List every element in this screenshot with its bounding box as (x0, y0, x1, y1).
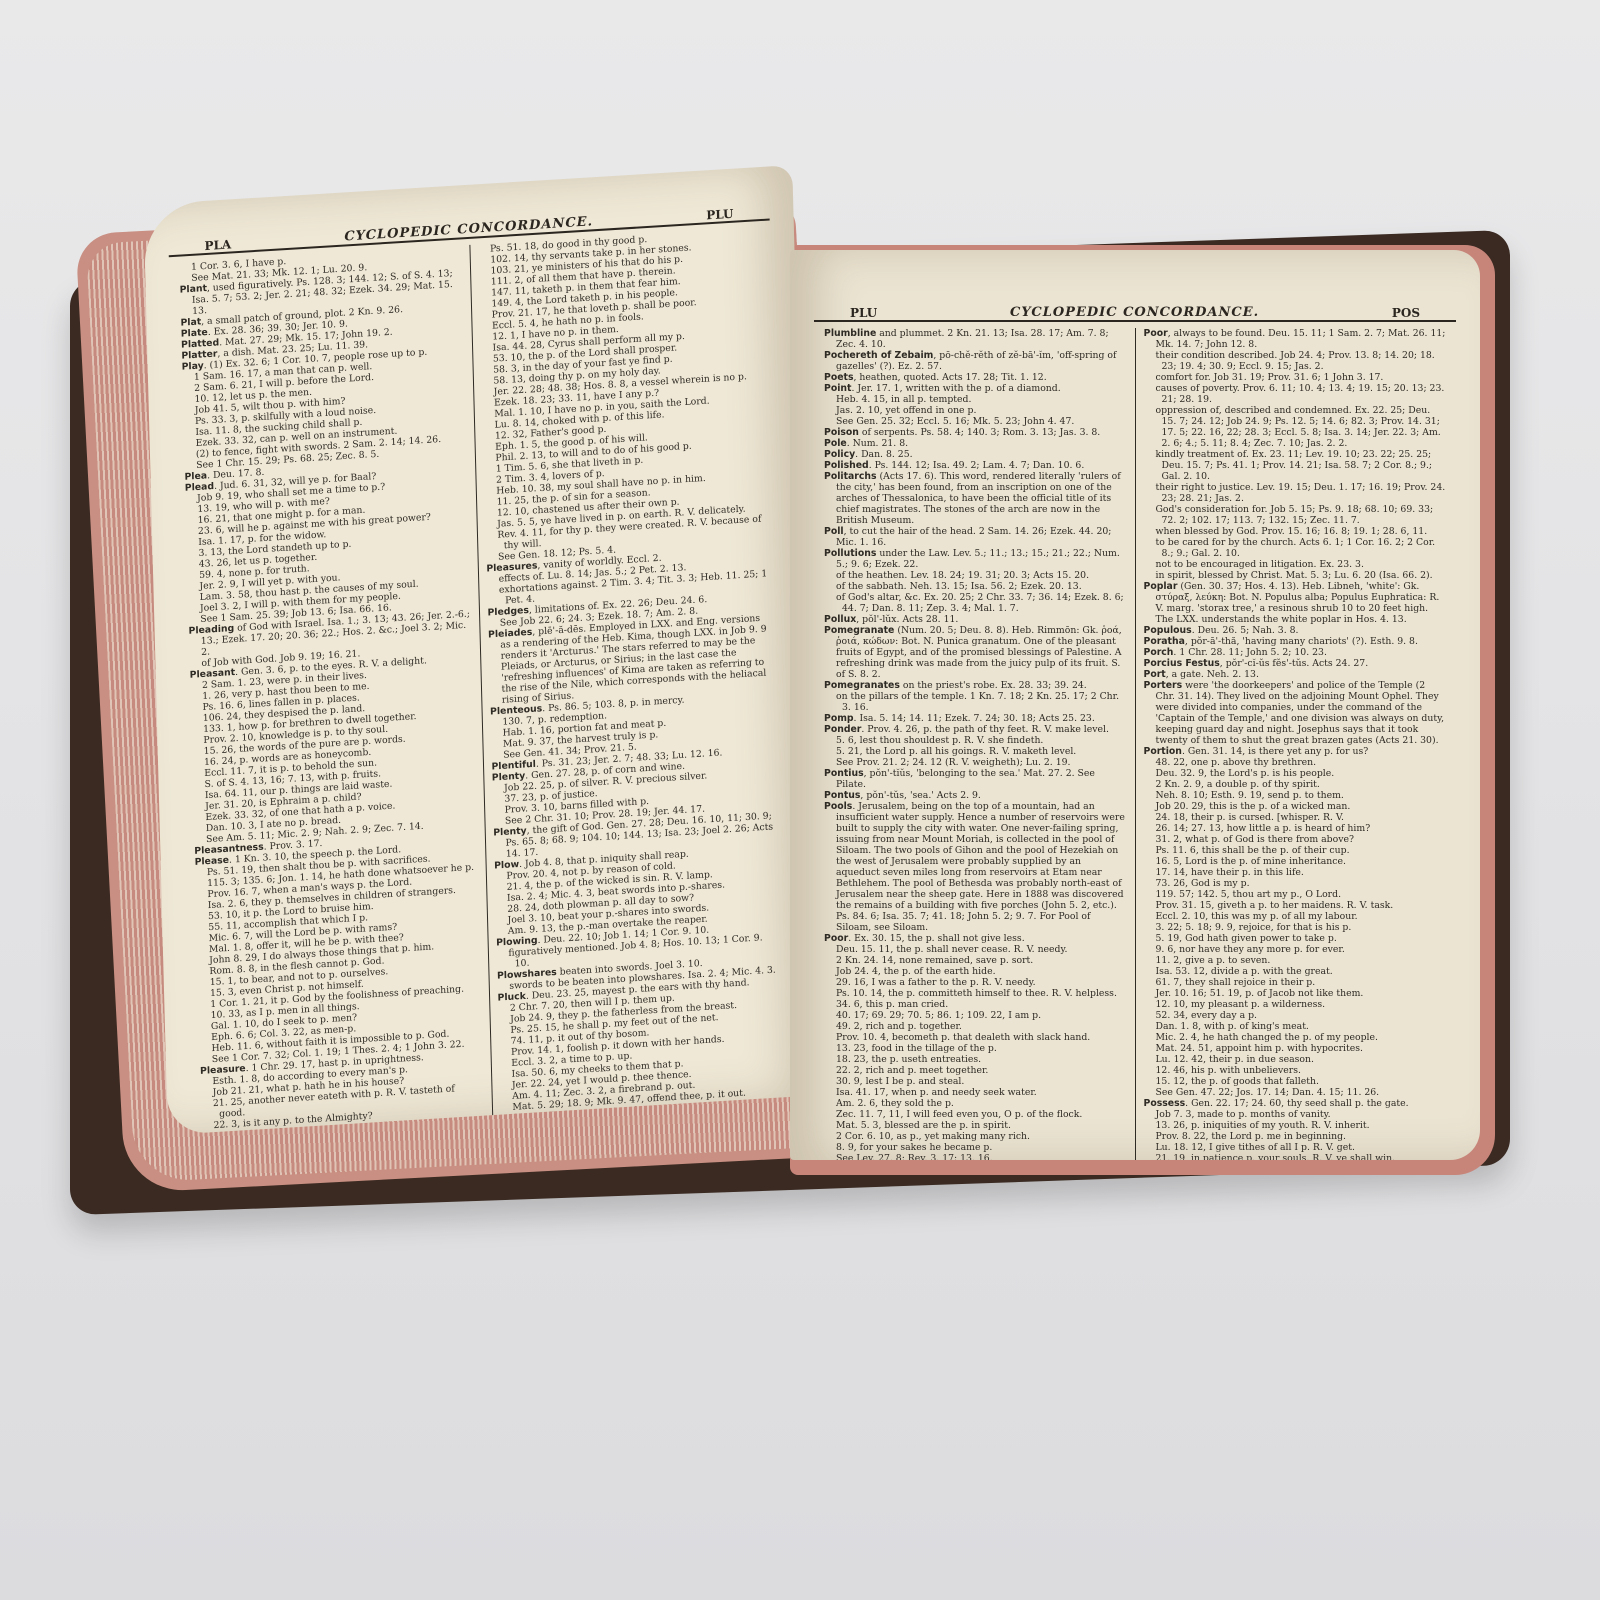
concordance-reference: 8. 9, for your sakes he became p. (824, 1142, 1127, 1153)
concordance-reference: 2 Kn. 2. 9, a double p. of thy spirit. (1144, 779, 1447, 790)
entry-headword: Porch (1144, 647, 1174, 658)
concordance-reference: 5. 6, lest thou shouldest p. R. V. she f… (824, 735, 1127, 746)
concordance-reference: 2 Cor. 6. 10, as p., yet making many ric… (824, 1131, 1127, 1142)
concordance-entry: Port, a gate. Neh. 2. 13. (1144, 669, 1447, 680)
entry-text: (Gen. 30. 37; Hos. 4. 13). Heb. Libneh, … (1156, 581, 1440, 625)
concordance-reference: 13. 23, food in the tillage of the p. (824, 1043, 1127, 1054)
concordance-entry: Pontius, pŏn'-tĭŭs, 'belonging to the se… (824, 768, 1127, 790)
left-page-column-2: Ps. 51. 18, do good in thy good p.102. 1… (469, 227, 792, 1135)
concordance-reference: causes of poverty. Prov. 6. 11; 10. 4; 1… (1144, 383, 1447, 405)
concordance-reference: 2 Kn. 24. 14, none remained, save p. sor… (824, 955, 1127, 966)
concordance-reference: Mat. 5. 3, blessed are the p. in spirit. (824, 1120, 1127, 1131)
entry-text: , always to be found. Deu. 15. 11; 1 Sam… (1156, 328, 1446, 350)
concordance-reference: Prov. 31. 15, giveth a p. to her maidens… (1144, 900, 1447, 911)
entry-headword: Pools (824, 801, 852, 812)
left-page-column-1: 1 Cor. 3. 6, I have p.See Mat. 21. 33; M… (171, 245, 493, 1135)
concordance-entry: Porch. 1 Chr. 28. 11; John 5. 2; 10. 23. (1144, 647, 1447, 658)
concordance-entry: Pole. Num. 21. 8. (824, 438, 1127, 449)
concordance-reference: their right to justice. Lev. 19. 15; Deu… (1144, 482, 1447, 504)
entry-headword: Pomegranate (824, 625, 894, 636)
concordance-reference: 34. 6, this p. man cried. (824, 999, 1127, 1010)
concordance-entry: Poor, always to be found. Deu. 15. 11; 1… (1144, 328, 1447, 350)
entry-headword: Pole (824, 438, 847, 449)
entry-headword: Porters (1144, 680, 1183, 691)
concordance-reference: Eccl. 2. 10, this was my p. of all my la… (1144, 911, 1447, 922)
entry-text: , pŏr'-cĭ-ŭs fĕs'-tŭs. Acts 24. 27. (1220, 658, 1368, 669)
concordance-reference: oppression of, described and condemned. … (1144, 405, 1447, 449)
concordance-entry: Populous. Deu. 26. 5; Nah. 3. 8. (1144, 625, 1447, 636)
concordance-reference: Am. 2. 6, they sold the p. (824, 1098, 1127, 1109)
entry-text: . Jerusalem, being on the top of a mount… (836, 801, 1125, 933)
entry-text: . Gen. 31. 14, is there yet any p. for u… (1182, 746, 1368, 757)
concordance-reference: Ps. 10. 14, the p. committeth himself to… (824, 988, 1127, 999)
concordance-reference: Jas. 2. 10, yet offend in one p. (824, 405, 1127, 416)
concordance-entry: Policy. Dan. 8. 25. (824, 449, 1127, 460)
concordance-entry: Polished. Ps. 144. 12; Isa. 49. 2; Lam. … (824, 460, 1127, 471)
entry-text: on the priest's robe. Ex. 28. 33; 39. 24… (900, 680, 1087, 691)
entry-headword: Pomp (824, 713, 854, 724)
concordance-entry: Pontus, pŏn'-tŭs, 'sea.' Acts 2. 9. (824, 790, 1127, 801)
entry-headword: Populous (1144, 625, 1192, 636)
entry-text: , pŏr-ā'-thă, 'having many chariots' (?)… (1185, 636, 1418, 647)
concordance-reference: Neh. 8. 10; Esth. 9. 19, send p. to them… (1144, 790, 1447, 801)
concordance-reference: 49. 2, rich and p. together. (824, 1021, 1127, 1032)
entry-headword: Pomegranates (824, 680, 900, 691)
concordance-reference: 29. 16, I was a father to the p. R. V. n… (824, 977, 1127, 988)
concordance-entry: Portion. Gen. 31. 14, is there yet any p… (1144, 746, 1447, 757)
entry-headword: Polished (824, 460, 869, 471)
concordance-reference: Prov. 10. 4, becometh p. that dealeth wi… (824, 1032, 1127, 1043)
right-guide-word-start: PLU (850, 306, 877, 320)
concordance-reference: Zec. 11. 7, 11, I will feed even you, O … (824, 1109, 1127, 1120)
concordance-entry: Porcius Festus, pŏr'-cĭ-ŭs fĕs'-tŭs. Act… (1144, 658, 1447, 669)
concordance-reference: in spirit, blessed by Christ. Mat. 5. 3;… (1144, 570, 1447, 581)
concordance-reference: when blessed by God. Prov. 15. 16; 16. 8… (1144, 526, 1447, 537)
entry-text: . Isa. 5. 14; 14. 11; Ezek. 7. 24; 30. 1… (854, 713, 1095, 724)
concordance-reference: 40. 17; 69. 29; 70. 5; 86. 1; 109. 22, I… (824, 1010, 1127, 1021)
entry-headword: Port (1144, 669, 1166, 680)
concordance-entry: Ponder. Prov. 4. 26, p. the path of thy … (824, 724, 1127, 735)
concordance-reference: Heb. 4. 15, in all p. tempted. (824, 394, 1127, 405)
concordance-reference: 17. 14, have their p. in this life. (1144, 867, 1447, 878)
concordance-entry: Poor. Ex. 30. 15, the p. shall not give … (824, 933, 1127, 944)
entry-headword: Poll (824, 526, 844, 537)
concordance-reference: Lu. 12. 42, their p. in due season. (1144, 1054, 1447, 1065)
entry-text: and plummet. 2 Kn. 21. 13; Isa. 28. 17; … (836, 328, 1109, 350)
concordance-entry: Pollux, pŏl'-lŭx. Acts 28. 11. (824, 614, 1127, 625)
concordance-reference: 31. 2, what p. of God is there from abov… (1144, 834, 1447, 845)
entry-text: of serpents. Ps. 58. 4; 140. 3; Rom. 3. … (859, 427, 1100, 438)
concordance-reference: 48. 22, one p. above thy brethren. (1144, 757, 1447, 768)
concordance-reference: 15. 12, the p. of goods that falleth. (1144, 1076, 1447, 1087)
entry-text: , pŏn'-tŭs, 'sea.' Acts 2. 9. (860, 790, 980, 801)
entry-headword: Plumbline (824, 328, 876, 339)
right-page-title: CYCLOPEDIC CONCORDANCE. (1010, 305, 1259, 320)
entry-headword: Pontus (824, 790, 860, 801)
entry-text: . Ps. 144. 12; Isa. 49. 2; Lam. 4. 7; Da… (869, 460, 1085, 471)
entry-headword: Policy (824, 449, 855, 460)
concordance-reference: Lu. 18. 12, I give tithes of all I p. R.… (1144, 1142, 1447, 1153)
concordance-reference: 26. 14; 27. 13, how little a p. is heard… (1144, 823, 1447, 834)
concordance-reference: 24. 18, their p. is cursed. [whisper. R.… (1144, 812, 1447, 823)
concordance-entry: Poll, to cut the hair of the head. 2 Sam… (824, 526, 1127, 548)
entry-headword: Poplar (1144, 581, 1178, 592)
concordance-reference: 52. 34, every day a p. (1144, 1010, 1447, 1021)
concordance-reference: to be cared for by the church. Acts 6. 1… (1144, 537, 1447, 559)
entry-text: , to cut the hair of the head. 2 Sam. 14… (836, 526, 1111, 548)
concordance-reference: Job 20. 29, this is the p. of a wicked m… (1144, 801, 1447, 812)
entry-text: , a gate. Neh. 2. 13. (1166, 669, 1259, 680)
concordance-reference: Job 24. 4, the p. of the earth hide. (824, 966, 1127, 977)
concordance-reference: 13. 26, p. iniquities of my youth. R. V.… (1144, 1120, 1447, 1131)
entry-headword: Possess (1144, 1098, 1186, 1109)
entry-text: . Num. 21. 8. (847, 438, 908, 449)
entry-headword: Politarchs (824, 471, 877, 482)
concordance-entry: Plumbline and plummet. 2 Kn. 21. 13; Isa… (824, 328, 1127, 350)
concordance-reference: not to be encouraged in litigation. Ex. … (1144, 559, 1447, 570)
concordance-reference: Prov. 8. 22, the Lord p. me in beginning… (1144, 1131, 1447, 1142)
concordance-reference: See Gen. 47. 22; Jos. 17. 14; Dan. 4. 15… (1144, 1087, 1447, 1098)
concordance-reference: of the heathen. Lev. 18. 24; 19. 31; 20.… (824, 570, 1127, 581)
left-guide-word-start: PLA (204, 237, 231, 253)
concordance-entry: Pools. Jerusalem, being on the top of a … (824, 801, 1127, 933)
concordance-entry: Pollutions under the Law. Lev. 5.; 11.; … (824, 548, 1127, 570)
entry-headword: Point (824, 383, 851, 394)
concordance-entry: Poets, heathen, quoted. Acts 17. 28; Tit… (824, 372, 1127, 383)
entry-text: under the Law. Lev. 5.; 11.; 13.; 15.; 2… (836, 548, 1120, 570)
entry-headword: Poor (1144, 328, 1168, 339)
left-page: PLA CYCLOPEDIC CONCORDANCE. PLU 1 Cor. 3… (143, 165, 816, 1135)
entry-headword: Poets (824, 372, 853, 383)
left-guide-word-end: PLU (706, 207, 734, 223)
concordance-reference: Dan. 1. 8, with p. of king's meat. (1144, 1021, 1447, 1032)
concordance-entry: Pomp. Isa. 5. 14; 14. 11; Ezek. 7. 24; 3… (824, 713, 1127, 724)
entry-text: , heathen, quoted. Acts 17. 28; Tit. 1. … (853, 372, 1046, 383)
right-page-column-2: Poor, always to be found. Deu. 15. 11; 1… (1135, 328, 1455, 1160)
concordance-entry: Poison of serpents. Ps. 58. 4; 140. 3; R… (824, 427, 1127, 438)
entry-headword: Poor (824, 933, 848, 944)
right-page-column-1: Plumbline and plummet. 2 Kn. 21. 13; Isa… (816, 328, 1135, 1160)
entry-text: . Dan. 8. 25. (855, 449, 912, 460)
entry-text: . Deu. 26. 5; Nah. 3. 8. (1192, 625, 1299, 636)
concordance-reference: 73. 26, God is my p. (1144, 878, 1447, 889)
concordance-reference: 30. 9, lest I be p. and steal. (824, 1076, 1127, 1087)
concordance-entry: Point. Jer. 17. 1, written with the p. o… (824, 383, 1127, 394)
concordance-reference: Mic. 2. 4, he hath changed the p. of my … (1144, 1032, 1447, 1043)
concordance-reference: kindly treatment of. Ex. 23. 11; Lev. 19… (1144, 449, 1447, 482)
concordance-reference: See Gen. 25. 32; Eccl. 5. 16; Mk. 5. 23;… (824, 416, 1127, 427)
entry-headword: Pollutions (824, 548, 876, 559)
concordance-reference: their condition described. Job 24. 4; Pr… (1144, 350, 1447, 372)
concordance-reference: God's consideration for. Job 5. 15; Ps. … (1144, 504, 1447, 526)
entry-text: were 'the doorkeepers' and police of the… (1156, 680, 1445, 746)
concordance-reference: 3. 22; 5. 18; 9. 9, rejoice, for that is… (1144, 922, 1447, 933)
concordance-entry: Pomegranate (Num. 20. 5; Deu. 8. 8). Heb… (824, 625, 1127, 680)
concordance-entry: Poplar (Gen. 30. 37; Hos. 4. 13). Heb. L… (1144, 581, 1447, 625)
concordance-reference: 61. 7, they shall rejoice in their p. (1144, 977, 1447, 988)
concordance-entry: Porters were 'the doorkeepers' and polic… (1144, 680, 1447, 746)
concordance-reference: on the pillars of the temple. 1 Kn. 7. 1… (824, 691, 1127, 713)
concordance-reference: See Lev. 27. 8; Rev. 3. 17; 13. 16. (824, 1153, 1127, 1160)
concordance-entry: Pochereth of Zebaim, pō-chĕ-rĕth of zĕ-b… (824, 350, 1127, 372)
right-guide-word-end: POS (1392, 306, 1420, 320)
entry-text: . Ex. 30. 15, the p. shall not give less… (848, 933, 1024, 944)
concordance-entry: Pomegranates on the priest's robe. Ex. 2… (824, 680, 1127, 691)
entry-headword: Porcius Festus (1144, 658, 1220, 669)
concordance-reference: 5. 19, God hath given power to take p. (1144, 933, 1447, 944)
concordance-reference: of the sabbath. Neh. 13. 15; Isa. 56. 2;… (824, 581, 1127, 592)
entry-headword: Ponder (824, 724, 861, 735)
entry-headword: Pontius (824, 768, 864, 779)
entry-headword: Portion (1144, 746, 1182, 757)
concordance-reference: 119. 57; 142. 5, thou art my p., O Lord. (1144, 889, 1447, 900)
entry-headword: Poison (824, 427, 859, 438)
concordance-reference: 11. 2, give a p. to seven. (1144, 955, 1447, 966)
concordance-reference: Deu. 32. 9, the Lord's p. is his people. (1144, 768, 1447, 779)
entry-text: , pŏl'-lŭx. Acts 28. 11. (856, 614, 958, 625)
concordance-reference: 21. 19, in patience p. your souls. R. V.… (1144, 1153, 1447, 1160)
concordance-reference: See Prov. 21. 2; 24. 12 (R. V. weigheth)… (824, 757, 1127, 768)
concordance-reference: 12. 10, my pleasant p. a wilderness. (1144, 999, 1447, 1010)
concordance-entry: Possess. Gen. 22. 17; 24. 60, thy seed s… (1144, 1098, 1447, 1109)
entry-text: (Acts 17. 6). This word, rendered litera… (836, 471, 1121, 526)
concordance-entry: Poratha, pŏr-ā'-thă, 'having many chario… (1144, 636, 1447, 647)
entry-text: . Gen. 22. 17; 24. 60, thy seed shall p.… (1185, 1098, 1408, 1109)
concordance-reference: Job 7. 3, made to p. months of vanity. (1144, 1109, 1447, 1120)
concordance-reference: Ps. 11. 6, this shall be the p. of their… (1144, 845, 1447, 856)
concordance-reference: of God's altar, &c. Ex. 20. 25; 2 Chr. 3… (824, 592, 1127, 614)
entry-text: . Prov. 4. 26, p. the path of thy feet. … (861, 724, 1109, 735)
right-running-head: PLU CYCLOPEDIC CONCORDANCE. POS (814, 286, 1456, 322)
entry-headword: Pollux (824, 614, 856, 625)
concordance-reference: Mat. 24. 51, appoint him p. with hypocri… (1144, 1043, 1447, 1054)
concordance-reference: Jer. 10. 16; 51. 19, p. of Jacob not lik… (1144, 988, 1447, 999)
concordance-reference: 22. 2, rich and p. meet together. (824, 1065, 1127, 1076)
right-page: PLU CYCLOPEDIC CONCORDANCE. POS Plumblin… (790, 250, 1480, 1160)
entry-text: . 1 Chr. 28. 11; John 5. 2; 10. 23. (1173, 647, 1326, 658)
concordance-reference: 5. 21, the Lord p. all his goings. R. V.… (824, 746, 1127, 757)
entry-text: , pŏn'-tĭŭs, 'belonging to the sea.' Mat… (836, 768, 1095, 790)
entry-text: . Jer. 17. 1, written with the p. of a d… (851, 383, 1060, 394)
entry-headword: Pochereth of Zebaim (824, 350, 933, 361)
concordance-reference: Deu. 15. 11, the p. shall never cease. R… (824, 944, 1127, 955)
concordance-reference: comfort for. Job 31. 19; Prov. 31. 6; 1 … (1144, 372, 1447, 383)
concordance-reference: Isa. 53. 12, divide a p. with the great. (1144, 966, 1447, 977)
concordance-reference: 18. 23, the p. useth entreaties. (824, 1054, 1127, 1065)
concordance-reference: 9. 6, nor have they any more p. for ever… (1144, 944, 1447, 955)
concordance-reference: 12. 46, his p. with unbelievers. (1144, 1065, 1447, 1076)
entry-headword: Poratha (1144, 636, 1185, 647)
concordance-reference: Isa. 41. 17, when p. and needy seek wate… (824, 1087, 1127, 1098)
photo-scene: PLA CYCLOPEDIC CONCORDANCE. PLU 1 Cor. 3… (0, 0, 1600, 1600)
concordance-entry: Politarchs (Acts 17. 6). This word, rend… (824, 471, 1127, 526)
concordance-reference: 16. 5, Lord is the p. of mine inheritanc… (1144, 856, 1447, 867)
